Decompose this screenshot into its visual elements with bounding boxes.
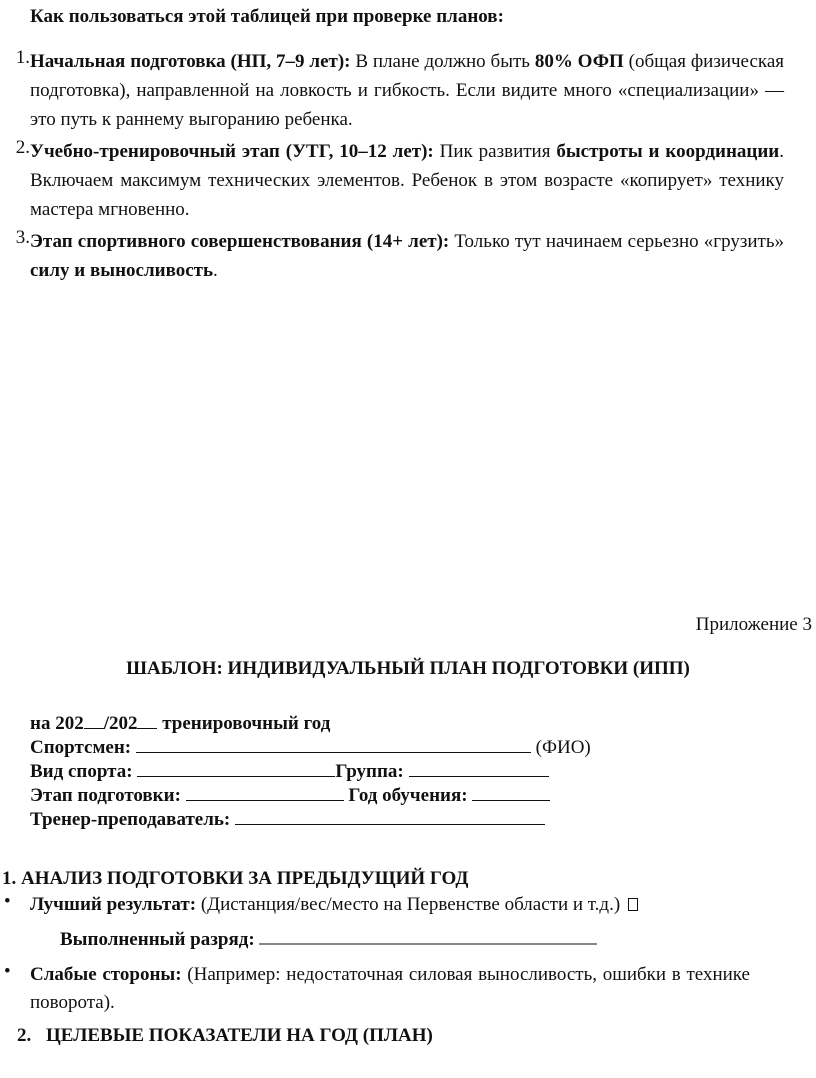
best-result-label: Лучший результат:: [30, 894, 196, 915]
item-lead: Этап спортивного совершенствования (14+ …: [30, 231, 449, 252]
appendix-label: Приложение 3: [696, 614, 812, 636]
howto-title: Как пользоваться этой таблицей при прове…: [30, 6, 504, 28]
group-field[interactable]: [409, 761, 549, 777]
rank-field[interactable]: [259, 928, 597, 945]
year-end-field[interactable]: [137, 713, 157, 729]
item-emphasis: 80% ОФП: [535, 51, 624, 72]
coach-field[interactable]: [235, 809, 545, 825]
stage-year-line: Этап подготовки: Год обучения:: [30, 784, 591, 808]
best-result-text: Лучший результат: (Дистанция/вес/место н…: [30, 891, 750, 919]
section-2-title: 2.ЦЕЛЕВЫЕ ПОКАЗАТЕЛИ НА ГОД (ПЛАН): [17, 1025, 433, 1047]
item-text-a: Пик развития: [434, 141, 557, 162]
section-1-title: 1. АНАЛИЗ ПОДГОТОВКИ ЗА ПРЕДЫДУЩИЙ ГОД: [2, 868, 468, 890]
section-2-heading: ЦЕЛЕВЫЕ ПОКАЗАТЕЛИ НА ГОД (ПЛАН): [46, 1025, 433, 1046]
template-title: ШАБЛОН: ИНДИВИДУАЛЬНЫЙ ПЛАН ПОДГОТОВКИ (…: [0, 658, 816, 680]
list-item-text: Учебно-тренировочный этап (УТГ, 10–12 ле…: [30, 137, 784, 224]
list-number: 1.: [0, 47, 30, 69]
stage-field[interactable]: [186, 785, 344, 801]
list-number: 3.: [0, 227, 30, 249]
sport-group-line: Вид спорта: Группа:: [30, 760, 591, 784]
athlete-name-field[interactable]: [136, 737, 531, 753]
year-separator: /202: [104, 713, 138, 734]
athlete-line: Спортсмен: (ФИО): [30, 736, 591, 760]
year-suffix: тренировочный год: [157, 713, 330, 734]
best-result-hint: (Дистанция/вес/место на Первенстве облас…: [196, 894, 620, 915]
bullet-icon: •: [4, 891, 11, 913]
stage-label: Этап подготовки:: [30, 785, 181, 806]
weaknesses-text: Слабые стороны: (Например: недостаточная…: [30, 961, 750, 1017]
group-label: Группа:: [335, 761, 403, 782]
athlete-label: Спортсмен:: [30, 737, 131, 758]
item-text-a: В плане должно быть: [350, 51, 534, 72]
bullet-icon: •: [4, 961, 11, 983]
sport-label: Вид спорта:: [30, 761, 133, 782]
list-item-text: Начальная подготовка (НП, 7–9 лет): В пл…: [30, 47, 784, 134]
item-lead: Учебно-тренировочный этап (УТГ, 10–12 ле…: [30, 141, 434, 162]
training-year-line: на 202/202 тренировочный год: [30, 712, 591, 736]
sport-field[interactable]: [137, 761, 335, 777]
list-number: 2.: [0, 137, 30, 159]
rank-line: Выполненный разряд:: [60, 928, 597, 951]
item-text-a: Только тут начинаем серьезно «грузить»: [449, 231, 784, 252]
plan-header-form: на 202/202 тренировочный год Спортсмен: …: [30, 712, 591, 832]
year-prefix: на 202: [30, 713, 84, 734]
study-year-field[interactable]: [472, 785, 550, 801]
item-lead: Начальная подготовка (НП, 7–9 лет):: [30, 51, 350, 72]
athlete-note: (ФИО): [536, 737, 591, 758]
weaknesses-label: Слабые стороны:: [30, 964, 182, 985]
item-text-b: .: [213, 260, 218, 281]
item-emphasis: быстроты и координации: [556, 141, 779, 162]
coach-label: Тренер-преподаватель:: [30, 809, 230, 830]
study-year-label: Год обучения:: [348, 785, 467, 806]
checkbox-icon[interactable]: [628, 898, 638, 911]
list-item-text: Этап спортивного совершенствования (14+ …: [30, 227, 784, 285]
item-emphasis: силу и выносливость: [30, 260, 213, 281]
section-2-number: 2.: [17, 1025, 46, 1047]
year-start-field[interactable]: [84, 713, 104, 729]
rank-label: Выполненный разряд:: [60, 929, 255, 950]
coach-line: Тренер-преподаватель:: [30, 808, 591, 832]
